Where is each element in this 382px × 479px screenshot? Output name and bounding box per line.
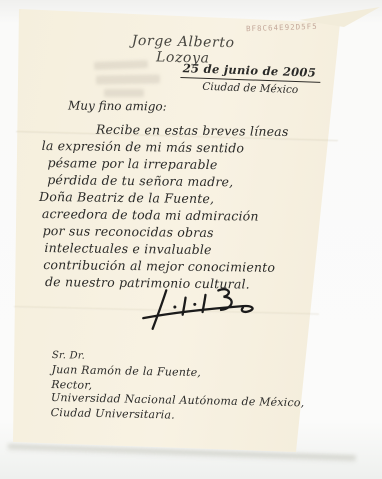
- recipient-address: Sr. Dr. Juan Ramón de la Fuente, Rector,…: [51, 350, 306, 426]
- scanned-letter-image: Jorge Alberto Lozoya BF8C64E92D5F5 25 de…: [0, 0, 382, 479]
- signature-scrawl: [139, 284, 269, 336]
- ink-bleedthrough-mark: [96, 74, 160, 84]
- letter-body: Recibe en estas breves líneas la expresi…: [42, 121, 304, 294]
- ink-bleedthrough-mark: [104, 89, 144, 97]
- dateline: 25 de junio de 2005 Ciudad de México: [180, 61, 321, 97]
- signature-icon: [139, 284, 268, 332]
- salutation: Muy fino amigo:: [68, 98, 167, 113]
